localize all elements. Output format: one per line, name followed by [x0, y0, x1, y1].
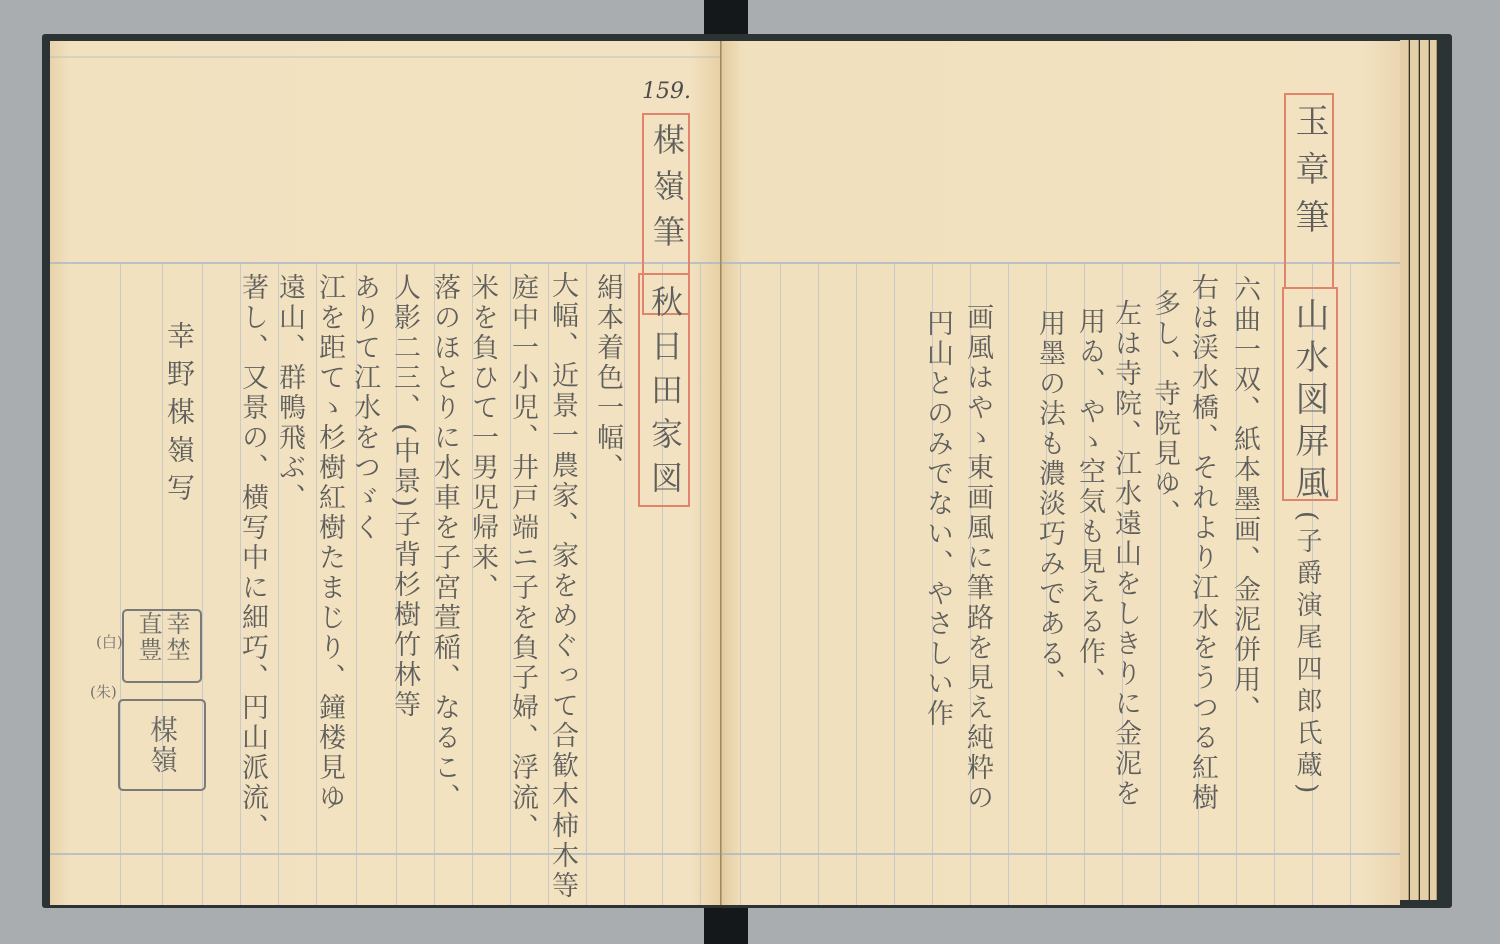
- signature: 幸野楳嶺写: [162, 321, 196, 511]
- column-line: [586, 264, 587, 905]
- page-edge: [1400, 40, 1409, 900]
- text-column: 多し、寺院見ゆ、: [1147, 289, 1181, 529]
- page-number: 159.: [642, 79, 691, 104]
- text-column: 庭中一小児、井戸端ニ子を負子婦、浮流、: [505, 273, 539, 843]
- column-line: [818, 264, 819, 905]
- title-artist: 楳嶺筆: [650, 123, 684, 261]
- rule-line: [50, 262, 722, 264]
- seal-label-red: (朱): [90, 681, 117, 702]
- column-line: [780, 264, 781, 905]
- right-page: 玉章筆 山水図屏風 (子爵演尾四郎氏蔵) 六曲一双、紙本墨画、金泥併用、 右は渓…: [722, 41, 1400, 905]
- column-line: [202, 264, 203, 905]
- text-column: 絹本着色一幅、: [590, 273, 624, 483]
- owner-note: (子爵演尾四郎氏蔵): [1290, 511, 1324, 799]
- text-column: 米を負ひて一男児帰来、: [465, 273, 499, 603]
- rule-line: [50, 853, 722, 855]
- text-column: 遠山、群鴨飛ぶ、: [272, 273, 306, 513]
- column-line: [624, 264, 625, 905]
- rule-line: [50, 56, 722, 58]
- rule-line: [722, 853, 1400, 855]
- text-column: 用墨の法も濃淡巧みである、: [1032, 309, 1066, 699]
- title-artist: 玉章筆: [1292, 103, 1326, 247]
- clip-bottom: [704, 905, 748, 944]
- title-work: 山水図屏風: [1292, 297, 1326, 507]
- left-page: 159. 楳嶺筆 秋日田家図 絹本着色一幅、 大幅、近景一農家、家をめぐって合歓…: [50, 41, 722, 905]
- page-edge: [1410, 40, 1419, 900]
- text-column: 右は渓水橋、それより江水をうつる紅樹: [1185, 273, 1219, 813]
- column-line: [856, 264, 857, 905]
- page-edge: [1430, 40, 1437, 900]
- text-column: 大幅、近景一農家、家をめぐって合歓木柿木等: [545, 271, 579, 901]
- text-column: 円山とのみでない、やさしい作: [920, 309, 954, 729]
- column-line: [120, 264, 121, 905]
- text-column: 画風はやゝ東画風に筆路を見え純粋の: [960, 303, 994, 813]
- clip-top: [704, 0, 748, 36]
- column-line: [700, 264, 701, 905]
- text-column: 左は寺院、江水遠山をしきりに金泥を: [1108, 299, 1142, 809]
- column-line: [1274, 264, 1275, 905]
- column-line: [1350, 264, 1351, 905]
- text-column: 江を距てゝ杉樹紅樹たまじり、鐘楼見ゆ: [312, 273, 346, 813]
- title-work: 秋日田家図: [648, 285, 682, 505]
- column-line: [1008, 264, 1009, 905]
- text-column: 著し、又景の、横写中に細巧、円山派流、: [235, 273, 269, 843]
- text-column: 人影二三、(中景)子背杉樹竹林等: [387, 273, 421, 720]
- column-line: [894, 264, 895, 905]
- seal-red: 楳嶺: [118, 699, 206, 791]
- seal-label-white: (白): [96, 631, 123, 652]
- text-column: 用ゐ、やゝ空気も見える作、: [1072, 307, 1106, 697]
- text-column: ありて江水をつゞく: [347, 273, 381, 543]
- text-column: 六曲一双、紙本墨画、金泥併用、: [1227, 275, 1261, 725]
- text-column: 落のほとりに水車を子宮萱稲、なるこ、: [427, 273, 461, 813]
- page-edge: [1420, 40, 1429, 900]
- seal-white: 幸埜直豊: [122, 609, 202, 683]
- column-line: [740, 264, 741, 905]
